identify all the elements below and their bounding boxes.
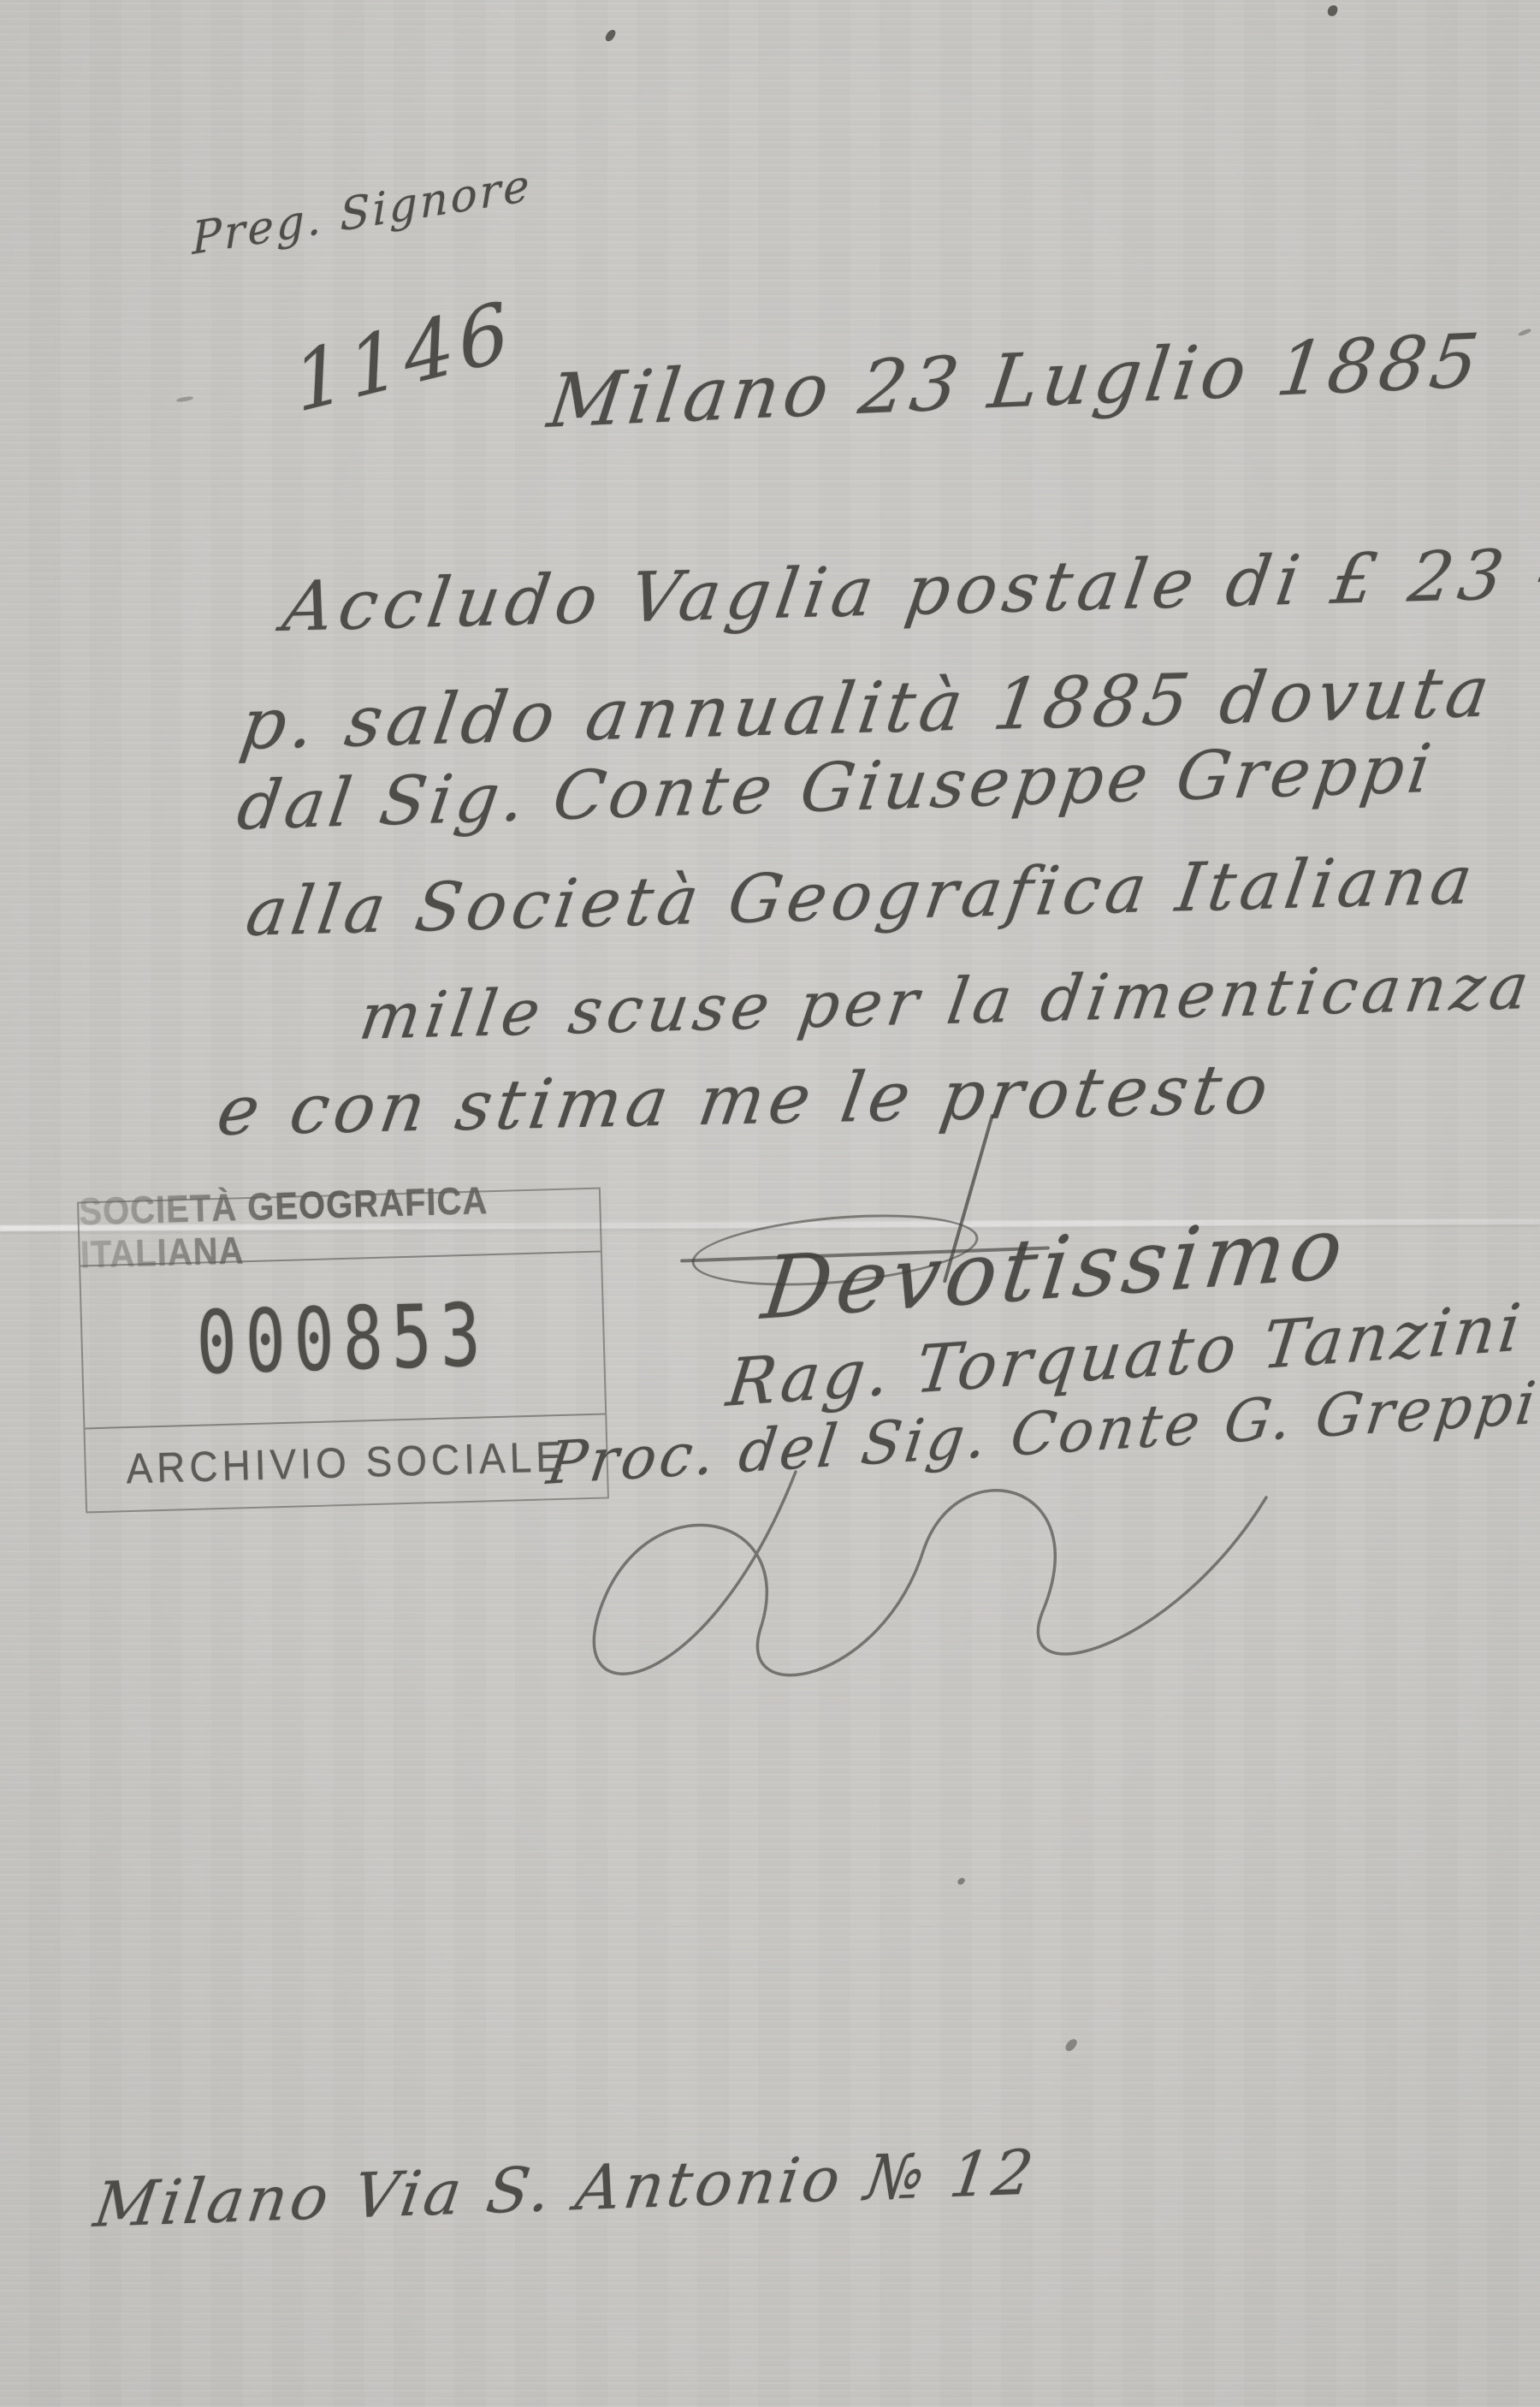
stamp-number-text: 000853 [195,1286,490,1394]
stamp-org-row: SOCIETÀ GEOGRAFICA ITALIANA [79,1189,601,1267]
signature-flourish-loops [513,1455,1283,1728]
stamp-label-text: ARCHIVIO SOCIALE [126,1432,567,1494]
body-line: mille scuse per la dimenticanza [355,950,1538,1054]
stamp-label-row: ARCHIVIO SOCIALE [85,1414,607,1509]
stamp-org-text: SOCIETÀ GEOGRAFICA ITALIANA [79,1177,601,1278]
ink-speck [176,396,194,403]
dateline: Milano 23 Luglio 1885 [543,318,1487,445]
body-line: e con stima me le protesto [212,1049,1278,1151]
protocol-number: 1146 [288,284,520,431]
address-line: Milano Via S. Antonio № 12 [90,2136,1041,2241]
letter-page: Preg. Signore 1146 Milano 23 Luglio 1885… [0,0,1540,2407]
ink-speck [604,28,617,43]
ink-speck [1518,328,1532,336]
body-line: alla Società Geografica Italiana [241,842,1482,952]
salutation-line: Preg. Signore [192,160,532,265]
ink-speck [957,1876,966,1886]
archive-stamp: SOCIETÀ GEOGRAFICA ITALIANA 000853 ARCHI… [77,1188,609,1514]
body-line: Accludo Vaglia postale di £ 23 — [278,532,1540,647]
ink-speck [1063,2037,1078,2054]
ink-speck [1327,4,1339,17]
stamp-number-row: 000853 [80,1253,605,1430]
